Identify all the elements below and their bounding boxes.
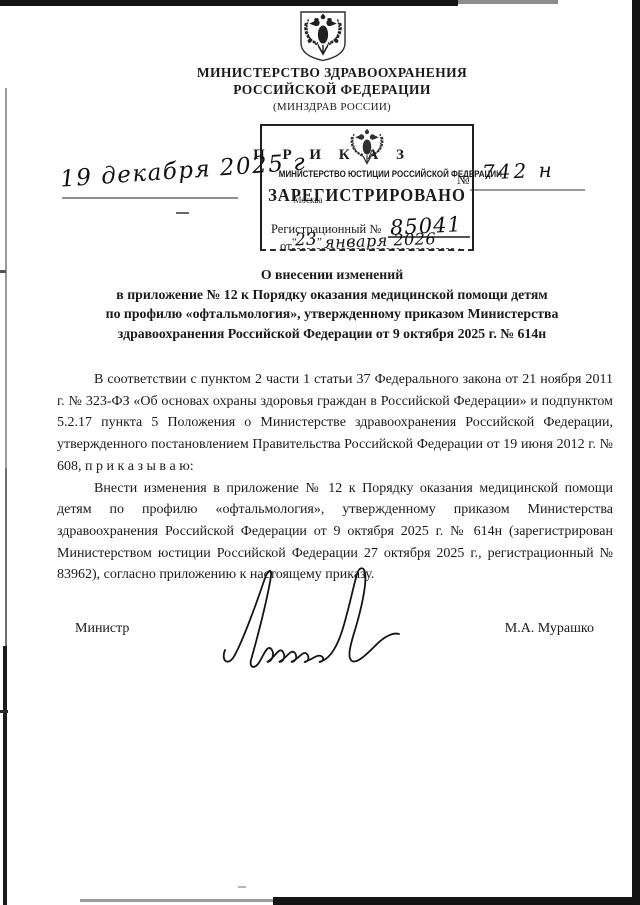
scan-edge-top bbox=[0, 0, 458, 6]
scanned-order-page: { "document": { "header": { "ministry_li… bbox=[0, 0, 640, 905]
stamp-registered-word: ЗАРЕГИСТРИРОВАНО bbox=[267, 185, 467, 206]
order-title-line-3: по профилю «офтальмология», утвержденном… bbox=[38, 304, 626, 324]
minister-signature bbox=[205, 560, 405, 678]
date-underline bbox=[62, 197, 238, 199]
scan-edge-right bbox=[632, 0, 640, 905]
order-title-line-4: здравоохранения Российской Федерации от … bbox=[38, 324, 626, 344]
scan-edge-left-lower bbox=[3, 646, 7, 905]
registration-stamp: МИНИСТЕРСТВО ЮСТИЦИИ РОССИЙСКОЙ ФЕДЕРАЦИ… bbox=[260, 124, 474, 251]
stamp-date-underline bbox=[292, 248, 454, 249]
order-title-line-2: в приложение № 12 к Порядку оказания мед… bbox=[38, 285, 626, 305]
signatory-name: М.А. Мурашко bbox=[460, 621, 594, 637]
scan-speck bbox=[238, 886, 246, 888]
scan-left-tick-upper bbox=[0, 270, 6, 273]
scan-edge-bottom bbox=[273, 897, 640, 905]
stamp-date-period: . bbox=[458, 238, 461, 254]
date-dash-mark bbox=[176, 212, 189, 214]
ministry-name-line2: РОССИЙСКОЙ ФЕДЕРАЦИИ bbox=[32, 82, 632, 98]
scan-edge-top-light bbox=[458, 0, 558, 4]
stamp-date-prefix: от bbox=[280, 239, 292, 254]
body-paragraph-1: В соответствии с пунктом 2 части 1 стать… bbox=[57, 369, 613, 478]
stamp-quote-close: ” bbox=[317, 236, 322, 248]
coat-of-arms-icon bbox=[296, 10, 350, 62]
ministry-short-name: (МИНЗДРАВ РОССИИ) bbox=[32, 101, 632, 113]
order-body: В соответствии с пунктом 2 части 1 стать… bbox=[57, 369, 613, 586]
scan-edge-left-upper bbox=[5, 88, 7, 468]
scan-edge-bottom-light bbox=[80, 899, 275, 902]
order-title: О внесении изменений в приложение № 12 к… bbox=[38, 265, 626, 343]
order-title-line-1: О внесении изменений bbox=[38, 265, 626, 285]
scan-edge-left-mid bbox=[5, 468, 7, 646]
order-number-underline bbox=[470, 189, 585, 191]
scan-left-tick-lower bbox=[0, 710, 8, 713]
stamp-eagle-icon bbox=[344, 127, 390, 167]
signatory-position: Министр bbox=[75, 621, 129, 637]
ministry-name-line1: МИНИСТЕРСТВО ЗДРАВООХРАНЕНИЯ bbox=[32, 65, 632, 81]
